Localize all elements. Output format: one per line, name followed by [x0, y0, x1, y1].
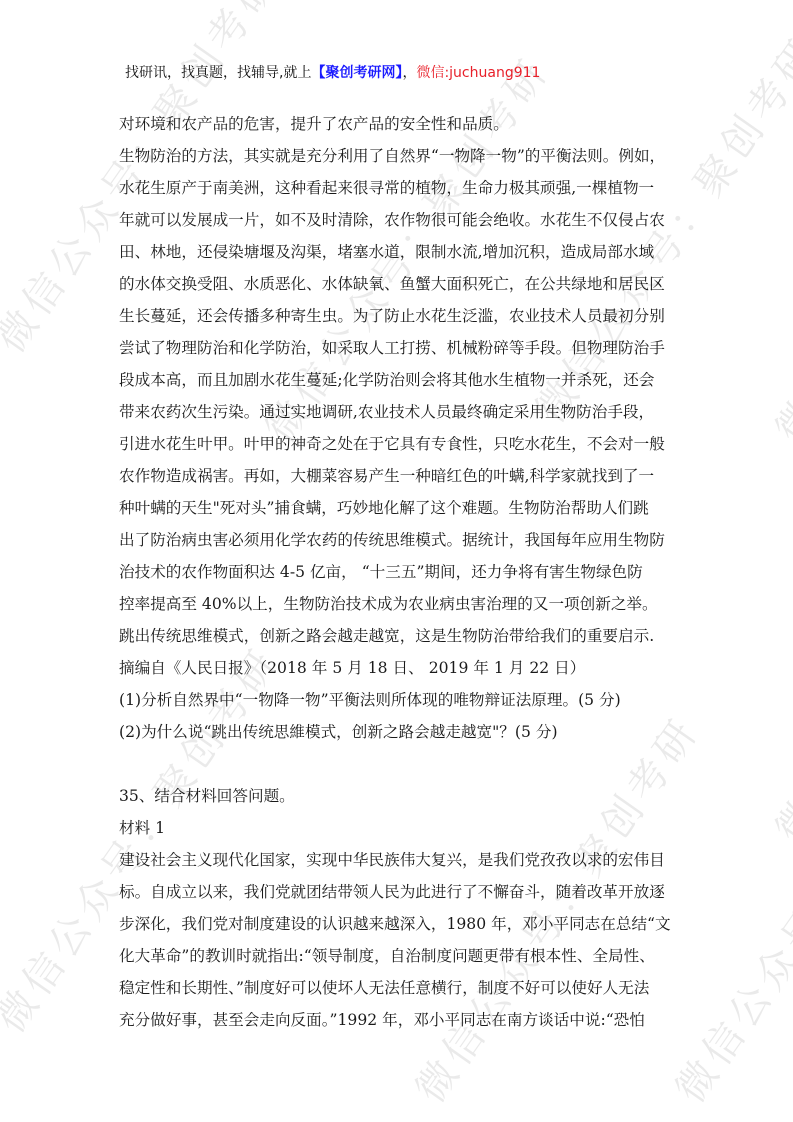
question-item: (2)为什么说“跳出传统思維模式，创新之路会越走越宽"？(5 分) [119, 716, 689, 748]
paragraph-line: 充分做好事，甚至会走向反面。”1992 年，邓小平同志在南方谈话中说:“恐怕 [119, 1004, 689, 1036]
header-separator: ， [402, 65, 416, 81]
question-item: (1)分析自然界中“一物降一物”平衡法则所体现的唯物辩证法原理。(5 分) [119, 684, 689, 716]
header-prefix: 找研讯，找真题，找辅导,就上 [125, 65, 311, 81]
paragraph-line: 标。自成立以来，我们党就团结带领人民为此进行了不懈奋斗，随着改革开放逐 [119, 876, 689, 908]
source-citation: 摘编自《人民日报》（2018 年 5 月 18 日、 2019 年 1 月 22… [119, 652, 689, 684]
paragraph-line: 生物防治的方法，其实就是充分利用了自然界“一物降一物”的平衡法则。例如， [119, 140, 689, 172]
material-label: 材料 1 [119, 812, 689, 844]
paragraph-line: 田、林地，还侵染塘堰及沟渠，堵塞水道，限制水流,增加沉积，造成局部水域 [119, 236, 689, 268]
header-brand: 【聚创考研网】 [311, 65, 402, 81]
paragraph-line: 带来农药次生污染。通过实地调研,农业技术人员最终确定采用生物防治手段， [119, 396, 689, 428]
watermark: 微信公众号：聚创考研 [760, 443, 793, 853]
question-title: 35、结合材料回答问题。 [119, 780, 689, 812]
document-body: 对环境和农产品的危害，提升了农产品的安全性和品质。 生物防治的方法，其实就是充分… [119, 108, 689, 1036]
paragraph-line: 引进水花生叶甲。叶甲的神奇之处在于它具有专食性，只吃水花生，不会对一般 [119, 428, 689, 460]
paragraph-line: 对环境和农产品的危害，提升了农产品的安全性和品质。 [119, 108, 689, 140]
header-wechat: 微信:juchuang911 [416, 65, 540, 81]
page-header: 找研讯，找真题，找辅导,就上【聚创考研网】，微信:juchuang911 [125, 62, 540, 82]
spacer [119, 748, 689, 780]
paragraph-line: 生长蔓延，还会传播多种寄生虫。为了防止水花生泛滥，农业技术人员最初分别 [119, 300, 689, 332]
paragraph-line: 种叶螨的天生"死对头”捕食螨，巧妙地化解了这个难题。生物防治帮助人们跳 [119, 492, 689, 524]
paragraph-line: 跳出传统思维模式，创新之路会越走越宽，这是生物防治带给我们的重要启示. [119, 620, 689, 652]
paragraph-line: 控率提高至 40%以上，生物防治技术成为农业病虫害治理的又一项创新之举。 [119, 588, 689, 620]
paragraph-line: 尝试了物理防治和化学防治，如采取人工打捞、机械粉碎等手段。但物理防治手 [119, 332, 689, 364]
paragraph-line: 建设社会主义现代化国家，实现中华民族伟大复兴，是我们党孜孜以求的宏伟目 [119, 844, 689, 876]
paragraph-line: 段成本高，而且加剧水花生蔓延;化学防治则会将其他水生植物一并杀死，还会 [119, 364, 689, 396]
watermark: 微信公众号：聚创考研 [760, 43, 793, 453]
paragraph-line: 步深化，我们党对制度建设的认识越来越深入，1980 年，邓小平同志在总结“文 [119, 908, 689, 940]
paragraph-line: 的水体交换受阻、水质恶化、水体缺氧、鱼蟹大面积死亡，在公共绿地和居民区 [119, 268, 689, 300]
paragraph-line: 农作物造成祸害。再如，大棚菜容易产生一种暗红色的叶螨,科学家就找到了一 [119, 460, 689, 492]
paragraph-line: 水花生原产于南美洲，这种看起来很寻常的植物，生命力极其顽强,一棵植物一 [119, 172, 689, 204]
paragraph-line: 治技术的农作物面积达 4-5 亿亩， “十三五”期间，还力争将有害生物绿色防 [119, 556, 689, 588]
paragraph-line: 化大革命”的教训时就指出:“领导制度，自治制度问题更带有根本性、全局性、 [119, 940, 689, 972]
paragraph-line: 稳定性和长期性、”制度好可以使坏人无法任意横行，制度不好可以使好人无法 [119, 972, 689, 1004]
paragraph-line: 出了防治病虫害必须用化学农药的传统思维模式。据统计，我国每年应用生物防 [119, 524, 689, 556]
paragraph-line: 年就可以发展成一片，如不及时清除，农作物很可能会绝收。水花生不仅侵占农 [119, 204, 689, 236]
